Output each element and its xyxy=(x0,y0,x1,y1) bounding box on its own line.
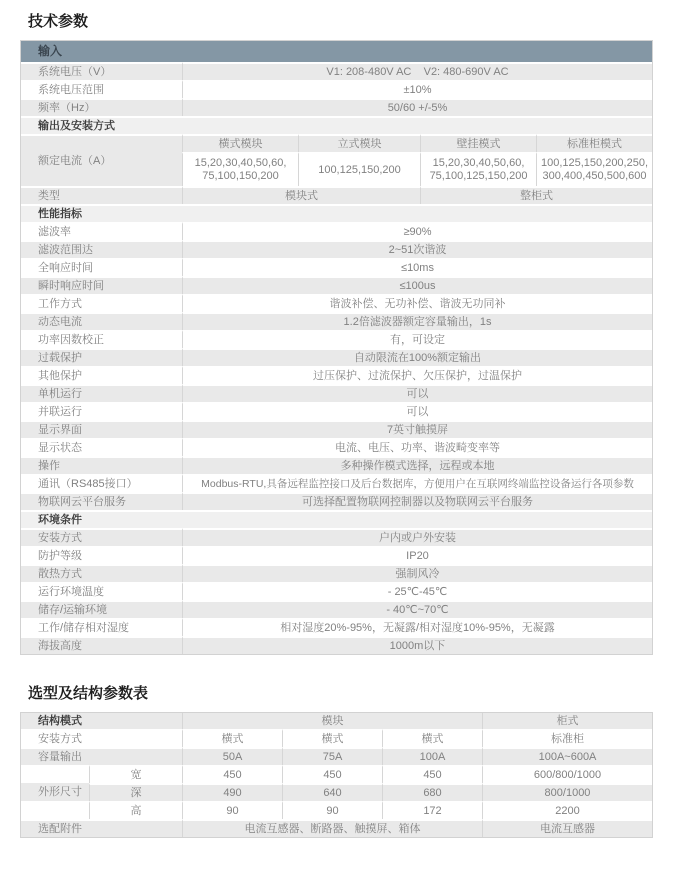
row-filter-range: 滤波范围达 2~51次谐波 xyxy=(21,240,652,258)
cell-label: 滤波范围达 xyxy=(21,240,182,258)
cell-value: 横式 xyxy=(182,729,282,747)
cell-label: 瞬时响应时间 xyxy=(21,276,182,294)
row-display-interface: 显示界面 7英寸触摸屏 xyxy=(21,420,652,438)
cell-value: 自动限流在100%额定输出 xyxy=(182,348,652,366)
cell-label: 储存/运输环境 xyxy=(21,600,182,618)
cell-label: 工作方式 xyxy=(21,294,182,312)
cell-label: 动态电流 xyxy=(21,312,182,330)
cell-label: 其他保护 xyxy=(21,366,182,384)
cell-label: 额定电流（A） xyxy=(21,134,182,186)
row-dim-width: 宽 450 450 450 600/800/1000 xyxy=(21,765,652,783)
cell-label: 类型 xyxy=(21,186,182,204)
cell-value: 过压保护、过流保护、欠压保护，过温保护 xyxy=(182,366,652,384)
cell-label: 显示界面 xyxy=(21,420,182,438)
cell-sublabel: 深 xyxy=(89,783,182,801)
row-structure-mode: 结构模式 模块 柜式 xyxy=(21,713,652,729)
cell-label: 海拔高度 xyxy=(21,636,182,654)
cell-label: 过载保护 xyxy=(21,348,182,366)
cell-label: 功率因数校正 xyxy=(21,330,182,348)
row-display-status: 显示状态 电流、电压、功率、谐波畸变率等 xyxy=(21,438,652,456)
cell-value: 标准柜 xyxy=(482,729,652,747)
cell-value: 模块 xyxy=(182,713,482,729)
section-output-install: 输出及安装方式 xyxy=(21,116,652,134)
section-performance-label: 性能指标 xyxy=(21,204,652,222)
cell-value: 100,125,150,200,250, 300,400,450,500,600 xyxy=(536,152,652,186)
cell-label: 选配附件 xyxy=(21,819,182,837)
cell-value: 有，可设定 xyxy=(182,330,652,348)
row-accessories: 选配附件 电流互感器、断路器、触摸屏、箱体 电流互感器 xyxy=(21,819,652,837)
cell-value: 强制风冷 xyxy=(182,564,652,582)
cell-value: 2200 xyxy=(482,801,652,819)
structure-table: 结构模式 模块 柜式 安装方式 横式 横式 横式 标准柜 容量输出 50A 75… xyxy=(20,712,653,838)
row-installation: 安装方式 户内或户外安装 xyxy=(21,528,652,546)
section-environment: 环境条件 xyxy=(21,510,652,528)
cell-label: 安装方式 xyxy=(21,729,182,747)
row-filter-rate: 滤波率 ≥90% xyxy=(21,222,652,240)
cell-value: 电流、电压、功率、谐波畸变率等 xyxy=(182,438,652,456)
cell-value: Modbus-RTU,具备远程监控接口及后台数据库，方便用户在互联网终端监控设备… xyxy=(182,474,652,492)
cell-label: 散热方式 xyxy=(21,564,182,582)
row-communication: 通讯（RS485接口） Modbus-RTU,具备远程监控接口及后台数据库，方便… xyxy=(21,474,652,492)
cell-label xyxy=(21,765,89,783)
spec-table-grid: 输入 系统电压（V） V1: 208-480V AC V2: 480-690V … xyxy=(21,41,652,654)
row-altitude: 海拔高度 1000m以下 xyxy=(21,636,652,654)
cell-value: 可选择配置物联网控制器以及物联网云平台服务 xyxy=(182,492,652,510)
cell-value: 100A xyxy=(382,747,482,765)
cell-value: 模块式 xyxy=(182,186,420,204)
cell-label: 滤波率 xyxy=(21,222,182,240)
cell-value: 50A xyxy=(182,747,282,765)
row-dim-depth: 外形尺寸 深 490 640 680 800/1000 xyxy=(21,783,652,801)
cell-label: 运行环境温度 xyxy=(21,582,182,600)
section-input: 输入 xyxy=(21,41,652,62)
row-mounting: 安装方式 横式 横式 横式 标准柜 xyxy=(21,729,652,747)
cell-value: 75A xyxy=(282,747,382,765)
cell-value: 2~51次谐波 xyxy=(182,240,652,258)
cell-label: 频率（Hz） xyxy=(21,98,182,116)
cell-value: 7英寸触摸屏 xyxy=(182,420,652,438)
cell-value: 1000m以下 xyxy=(182,636,652,654)
cell-value: 90 xyxy=(282,801,382,819)
cell-label: 容量输出 xyxy=(21,747,182,765)
cell-value: ≤10ms xyxy=(182,258,652,276)
cell-value: 户内或户外安装 xyxy=(182,528,652,546)
cell-value: 490 xyxy=(182,783,282,801)
cell-value: 相对湿度20%-95%，无凝露/相对湿度10%-95%，无凝露 xyxy=(182,618,652,636)
cell-label: 系统电压范围 xyxy=(21,80,182,98)
cell-value: ≤100us xyxy=(182,276,652,294)
cell-label: 单机运行 xyxy=(21,384,182,402)
cell-value: 横式 xyxy=(382,729,482,747)
cell-label: 外形尺寸 xyxy=(21,783,89,801)
cell-label: 通讯（RS485接口） xyxy=(21,474,182,492)
cell-label: 系统电压（V） xyxy=(21,62,182,80)
cell-label: 物联网云平台服务 xyxy=(21,492,182,510)
cell-value: 680 xyxy=(382,783,482,801)
row-parallel-operation: 并联运行 可以 xyxy=(21,402,652,420)
cell-value: 172 xyxy=(382,801,482,819)
row-capacity-output: 容量输出 50A 75A 100A 100A~600A xyxy=(21,747,652,765)
cell-label: 并联运行 xyxy=(21,402,182,420)
cell-label: 工作/储存相对湿度 xyxy=(21,618,182,636)
row-relative-humidity: 工作/储存相对湿度 相对湿度20%-95%，无凝露/相对湿度10%-95%，无凝… xyxy=(21,618,652,636)
row-protection-grade: 防护等级 IP20 xyxy=(21,546,652,564)
row-standalone-operation: 单机运行 可以 xyxy=(21,384,652,402)
row-other-protection: 其他保护 过压保护、过流保护、欠压保护，过温保护 xyxy=(21,366,652,384)
cell-value: 1.2倍滤波器额定容量输出，1s xyxy=(182,312,652,330)
cell-value: 450 xyxy=(282,765,382,783)
cell-sublabel: 高 xyxy=(89,801,182,819)
section-input-label: 输入 xyxy=(21,41,652,62)
cell-value: 640 xyxy=(282,783,382,801)
cell-value: - 25℃-45℃ xyxy=(182,582,652,600)
cell-value: 800/1000 xyxy=(482,783,652,801)
row-type: 类型 模块式 整柜式 xyxy=(21,186,652,204)
cell-label: 防护等级 xyxy=(21,546,182,564)
cell-value: 600/800/1000 xyxy=(482,765,652,783)
cell-value: 横式 xyxy=(282,729,382,747)
cell-label: 结构模式 xyxy=(21,713,182,729)
cell-subheader: 立式模块 xyxy=(298,134,420,152)
page: 技术参数 输入 系统电压（V） V1: 208-480V AC V2: 480-… xyxy=(0,13,673,838)
cell-value: 15,20,30,40,50,60, 75,100,150,200 xyxy=(182,152,298,186)
cell-value: 整柜式 xyxy=(420,186,652,204)
cell-value: 50/60 +/-5% xyxy=(182,98,652,116)
row-instant-response-time: 瞬时响应时间 ≤100us xyxy=(21,276,652,294)
row-voltage-range: 系统电压范围 ±10% xyxy=(21,80,652,98)
cell-value: 谐波补偿、无功补偿、谐波无功同补 xyxy=(182,294,652,312)
row-rated-current-header: 额定电流（A） 横式模块 立式模块 壁挂模式 标准柜模式 xyxy=(21,134,652,152)
cell-value: 450 xyxy=(182,765,282,783)
cell-value: 多种操作模式选择，远程或本地 xyxy=(182,456,652,474)
cell-value: 柜式 xyxy=(482,713,652,729)
cell-subheader: 标准柜模式 xyxy=(536,134,652,152)
spec-title: 技术参数 xyxy=(28,13,673,31)
cell-value: 90 xyxy=(182,801,282,819)
row-frequency: 频率（Hz） 50/60 +/-5% xyxy=(21,98,652,116)
structure-table-grid: 结构模式 模块 柜式 安装方式 横式 横式 横式 标准柜 容量输出 50A 75… xyxy=(21,713,652,837)
cell-value: 可以 xyxy=(182,402,652,420)
row-operation: 操作 多种操作模式选择，远程或本地 xyxy=(21,456,652,474)
cell-label: 安装方式 xyxy=(21,528,182,546)
row-dynamic-current: 动态电流 1.2倍滤波器额定容量输出，1s xyxy=(21,312,652,330)
row-power-factor-correction: 功率因数校正 有，可设定 xyxy=(21,330,652,348)
cell-subheader: 壁挂模式 xyxy=(420,134,536,152)
cell-value: 100A~600A xyxy=(482,747,652,765)
cell-value: - 40℃~70℃ xyxy=(182,600,652,618)
cell-value: IP20 xyxy=(182,546,652,564)
section-output-label: 输出及安装方式 xyxy=(21,116,652,134)
cell-label xyxy=(21,801,89,819)
cell-subheader: 横式模块 xyxy=(182,134,298,152)
cell-sublabel: 宽 xyxy=(89,765,182,783)
cell-value: 100,125,150,200 xyxy=(298,152,420,186)
cell-value: ±10% xyxy=(182,80,652,98)
cell-value: 可以 xyxy=(182,384,652,402)
cell-label: 显示状态 xyxy=(21,438,182,456)
row-iot-cloud-service: 物联网云平台服务 可选择配置物联网控制器以及物联网云平台服务 xyxy=(21,492,652,510)
row-system-voltage: 系统电压（V） V1: 208-480V AC V2: 480-690V AC xyxy=(21,62,652,80)
cell-value: ≥90% xyxy=(182,222,652,240)
structure-title: 选型及结构参数表 xyxy=(28,685,673,703)
section-performance: 性能指标 xyxy=(21,204,652,222)
cell-value: 电流互感器、断路器、触摸屏、箱体 xyxy=(182,819,482,837)
row-dim-height: 高 90 90 172 2200 xyxy=(21,801,652,819)
section-environment-label: 环境条件 xyxy=(21,510,652,528)
row-cooling: 散热方式 强制风冷 xyxy=(21,564,652,582)
row-storage-transport: 储存/运输环境 - 40℃~70℃ xyxy=(21,600,652,618)
cell-value: 15,20,30,40,50,60, 75,100,125,150,200 xyxy=(420,152,536,186)
cell-label: 操作 xyxy=(21,456,182,474)
row-operating-temperature: 运行环境温度 - 25℃-45℃ xyxy=(21,582,652,600)
cell-value: V1: 208-480V AC V2: 480-690V AC xyxy=(182,62,652,80)
cell-value: 450 xyxy=(382,765,482,783)
cell-value: 电流互感器 xyxy=(482,819,652,837)
cell-label: 全响应时间 xyxy=(21,258,182,276)
row-full-response-time: 全响应时间 ≤10ms xyxy=(21,258,652,276)
spec-table: 输入 系统电压（V） V1: 208-480V AC V2: 480-690V … xyxy=(20,40,653,655)
row-overload-protection: 过载保护 自动限流在100%额定输出 xyxy=(21,348,652,366)
row-working-mode: 工作方式 谐波补偿、无功补偿、谐波无功同补 xyxy=(21,294,652,312)
